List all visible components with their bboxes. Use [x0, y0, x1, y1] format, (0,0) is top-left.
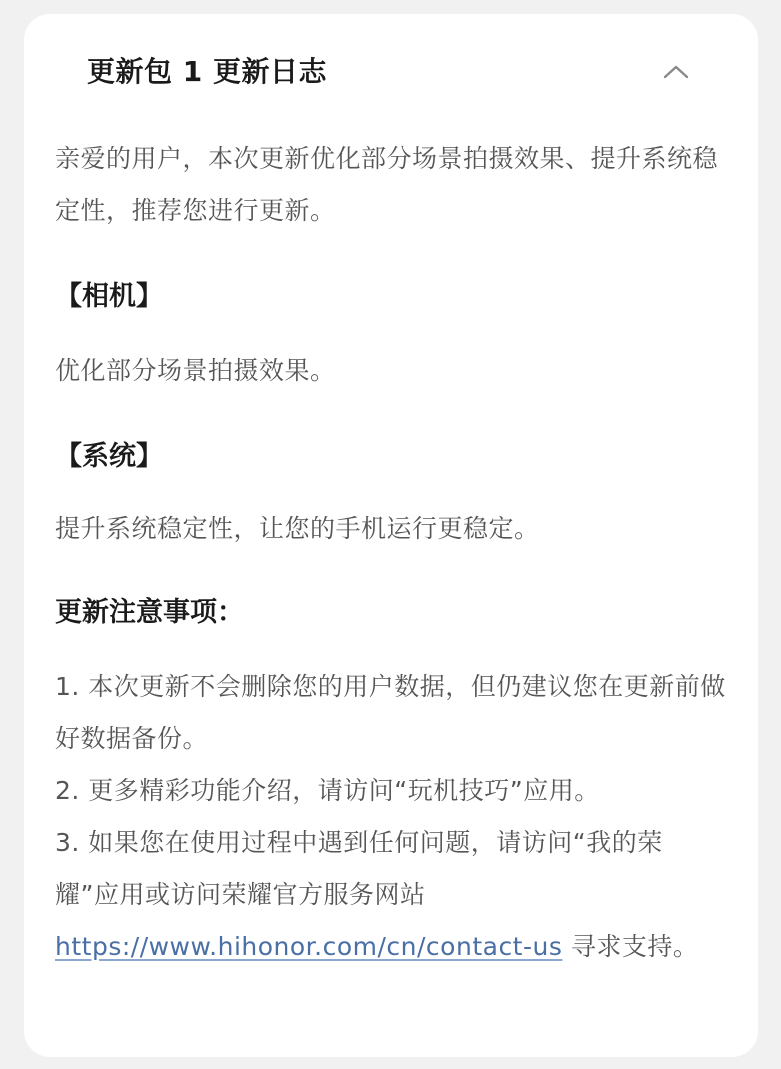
section-text-system: 提升系统稳定性，让您的手机运行更稳定。	[55, 503, 726, 555]
changelog-content: 亲爱的用户，本次更新优化部分场景拍摄效果、提升系统稳定性，推荐您进行更新。 【相…	[55, 126, 726, 973]
section-heading-system: 【系统】	[55, 437, 726, 477]
notes-list: 1. 本次更新不会删除您的用户数据，但仍建议您在更新前做好数据备份。 2. 更多…	[55, 661, 726, 973]
note-item-3: 3. 如果您在使用过程中遇到任何问题，请访问“我的荣耀”应用或访问荣耀官方服务网…	[55, 817, 726, 973]
section-heading-camera: 【相机】	[55, 277, 726, 317]
notes-heading: 更新注意事项：	[55, 593, 726, 633]
section-text-camera: 优化部分场景拍摄效果。	[55, 345, 726, 397]
note-item-1: 1. 本次更新不会删除您的用户数据，但仍建议您在更新前做好数据备份。	[55, 661, 726, 765]
collapse-button[interactable]	[658, 54, 694, 90]
chevron-up-icon	[662, 64, 690, 80]
card-title: 更新包 1 更新日志	[87, 52, 327, 92]
changelog-card: 更新包 1 更新日志 亲爱的用户，本次更新优化部分场景拍摄效果、提升系统稳定性，…	[24, 14, 758, 1057]
note-item-2: 2. 更多精彩功能介绍，请访问“玩机技巧”应用。	[55, 765, 726, 817]
card-header[interactable]: 更新包 1 更新日志	[56, 14, 726, 126]
support-link[interactable]: https://www.hihonor.com/cn/contact-us	[55, 932, 562, 961]
note-item-3-text: 3. 如果您在使用过程中遇到任何问题，请访问“我的荣耀”应用或访问荣耀官方服务网…	[55, 828, 663, 909]
note-item-3-suffix: 寻求支持。	[562, 932, 698, 961]
intro-text: 亲爱的用户，本次更新优化部分场景拍摄效果、提升系统稳定性，推荐您进行更新。	[55, 133, 726, 237]
